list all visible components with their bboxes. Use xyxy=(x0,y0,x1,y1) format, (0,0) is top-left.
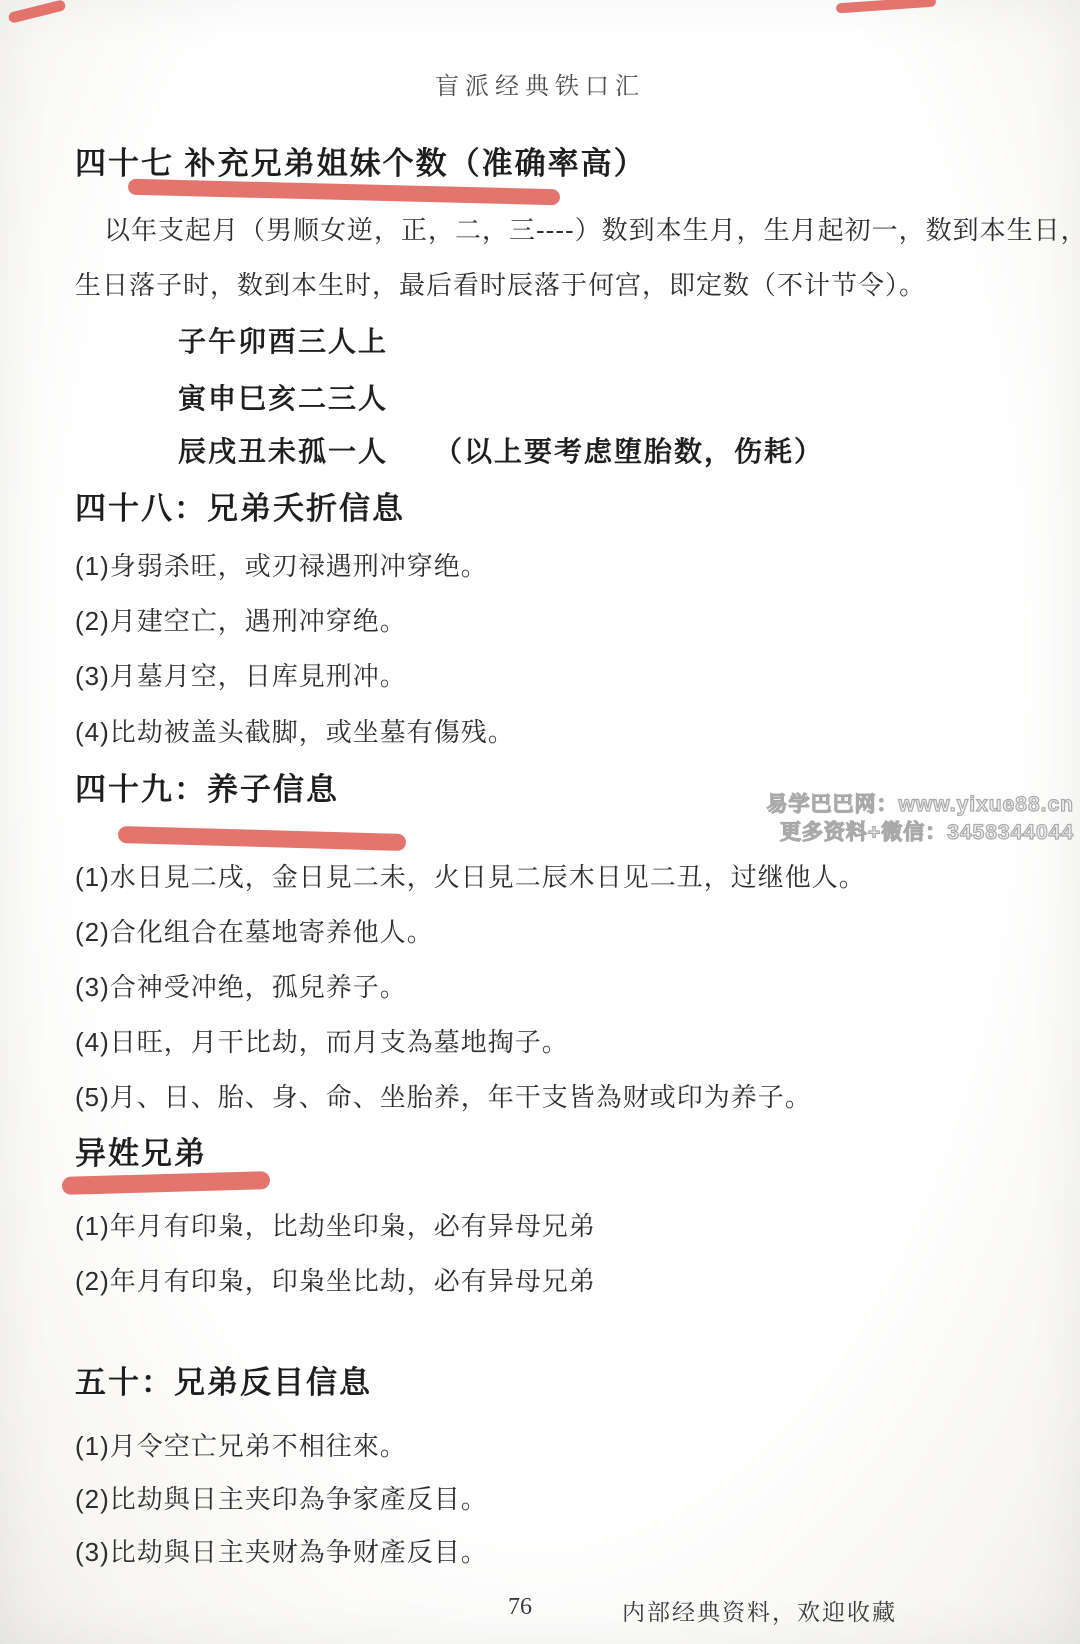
red-mark-top-right xyxy=(836,0,936,13)
section-49-item-4: (4)日旺，月干比劫，而月支為墓地掏子。 xyxy=(75,1022,569,1059)
section-47-paragraph-line1: 以年支起月（男顺女逆，正，二，三----）数到本生月，生月起初一，数到本生日， xyxy=(104,210,1080,247)
section-49-item-5: (5)月、日、胎、身、命、坐胎养，年干支皆為财或印为养子。 xyxy=(75,1077,812,1114)
footer-note: 内部经典资料，欢迎收藏 xyxy=(622,1594,897,1627)
section-50-item-1: (1)月令空亡兄弟不相往來。 xyxy=(75,1426,407,1463)
section-49-title: 四十九：养子信息 xyxy=(75,764,339,809)
section-yixing-item-1: (1)年月有印枭，比劫坐印枭，必有异母兄弟 xyxy=(75,1206,596,1243)
red-marker-underline-49 xyxy=(118,826,406,851)
page-number: 76 xyxy=(508,1594,532,1621)
section-47-rule-1: 子午卯酉三人上 xyxy=(178,320,388,360)
section-yixing-item-2: (2)年月有印枭，印枭坐比劫，必有异母兄弟 xyxy=(75,1261,596,1298)
section-48-item-1: (1)身弱杀旺，或刃禄遇刑冲穿绝。 xyxy=(75,546,488,583)
section-47-title: 四十七 补充兄弟姐妹个数（准确率高） xyxy=(75,138,647,183)
section-49-item-1: (1)水日見二戌，金日見二未，火日見二辰木日见二丑，过继他人。 xyxy=(75,857,866,894)
red-marker-underline-yixing xyxy=(62,1171,270,1195)
section-50-title: 五十：兄弟反目信息 xyxy=(75,1357,372,1402)
page-header-title: 盲派经典铁口汇 xyxy=(0,66,1080,101)
section-47-rule-2: 寅申巳亥二三人 xyxy=(178,377,388,417)
section-50-item-2: (2)比劫與日主夹印為争家產反目。 xyxy=(75,1479,488,1516)
section-48-title: 四十八：兄弟夭折信息 xyxy=(75,483,405,528)
document-page: 盲派经典铁口汇 四十七 补充兄弟姐妹个数（准确率高） 以年支起月（男顺女逆，正，… xyxy=(0,0,1080,1644)
red-mark-top-left xyxy=(8,0,67,24)
section-48-item-4: (4)比劫被盖头截脚，或坐墓有傷残。 xyxy=(75,712,515,749)
watermark-line1: 易学巴巴网：www.yixue88.cn xyxy=(767,788,1074,818)
watermark-line2: 更多资料+微信：3458344044 xyxy=(780,816,1074,846)
section-50-item-3: (3)比劫與日主夹财為争财產反目。 xyxy=(75,1532,488,1569)
section-yixing-title: 异姓兄弟 xyxy=(75,1128,207,1173)
section-48-item-3: (3)月墓月空，日库見刑冲。 xyxy=(75,656,407,693)
section-48-item-2: (2)月建空亡，遇刑冲穿绝。 xyxy=(75,601,407,638)
section-47-paragraph-line2: 生日落子时，数到本生时，最后看时辰落于何宫，即定数（不计节令）。 xyxy=(75,265,926,302)
section-47-rule-3: 辰戌丑未孤一人 （以上要考虑堕胎数，伤耗） xyxy=(178,430,824,470)
section-49-item-2: (2)合化组合在墓地寄养他人。 xyxy=(75,912,434,949)
section-49-item-3: (3)合神受冲绝，孤兒养子。 xyxy=(75,967,407,1004)
